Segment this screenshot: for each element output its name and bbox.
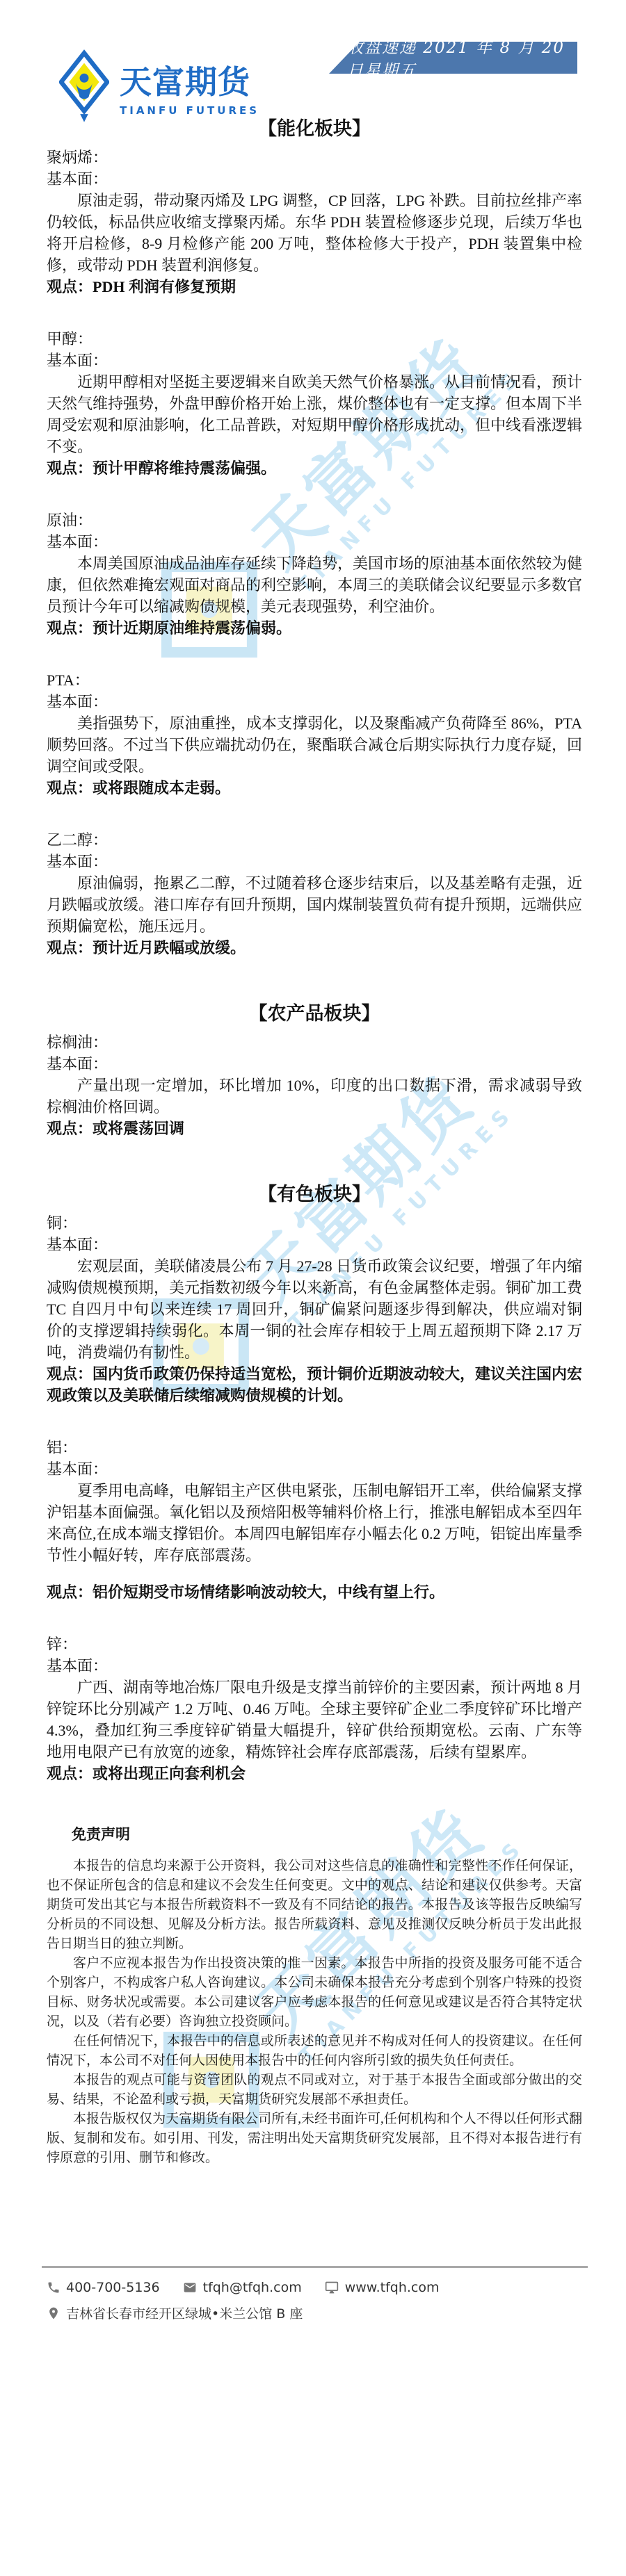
commodity-block-copper: 铜： 基本面： 宏观层面，美联储凌晨公布 7 月 27-28 日货币政策会议纪要… [47,1212,582,1406]
view-text: 观点：铝价短期受市场情绪影响波动较大，中线有望上行。 [47,1581,582,1603]
fundamentals-label: 基本面： [47,1234,582,1255]
disclaimer-paragraph: 本报告的信息均来源于公开资料，我公司对这些信息的准确性和完整性不作任何保证，也不… [47,1857,582,1954]
fundamentals-text: 本周美国原油成品油库存延续下降趋势，美国市场的原油基本面依然较为健康，但依然难掩… [47,553,582,617]
disclaimer-paragraph: 在任何情况下，本报告中的信息或所表述的意见并不构成对任何人的投资建议。在任何情况… [47,2032,582,2071]
monitor-icon [324,2281,339,2294]
footer-address: 吉林省长春市经开区绿城•米兰公馆 B 座 [47,2304,303,2322]
disclaimer-paragraph: 客户不应视本报告为作出投资决策的惟一因素。本报告中所指的投资及服务可能不适合个别… [47,1954,582,2032]
envelope-icon [182,2281,198,2294]
phone-icon [47,2281,61,2294]
logo-diamond-icon [59,47,109,135]
fundamentals-text: 近期甲醇相对坚挺主要逻辑来自欧美天然气价格暴涨。从目前情况看，预计天然气维持强势… [47,371,582,457]
commodity-block-crude-oil: 原油： 基本面： 本周美国原油成品油库存延续下降趋势，美国市场的原油基本面依然较… [47,510,582,639]
fundamentals-text: 原油走弱，带动聚丙烯及 LPG 调整，CP 回落，LPG 补跌。目前拉丝排产率仍… [47,190,582,276]
logo-en-text: TIANFU FUTURES [120,104,259,117]
report-page: 天富期货 TIANFU FUTURES 天富期货 TIANFU FUTURES … [0,0,626,2576]
commodity-block-pta: PTA： 基本面： 美指强势下，原油重挫，成本支撑弱化，以及聚酯减产负荷降至 8… [47,669,582,799]
view-text: 观点：PDH 利润有修复预期 [47,276,582,297]
footer-website-text: www.tfqh.com [345,2280,440,2295]
disclaimer-paragraph: 本报告版权仅为天富期货有限公司所有,未经书面许可,任何机构和个人不得以任何形式翻… [47,2110,582,2168]
footer-phone: 400-700-5136 [47,2280,160,2295]
fundamentals-text: 广西、湖南等地冶炼厂限电升级是支撑当前锌价的主要因素，预计两地 8 月锌锭环比分… [47,1677,582,1763]
commodity-block-polypropylene: 聚炳烯： 基本面： 原油走弱，带动聚丙烯及 LPG 调整，CP 回落，LPG 补… [47,147,582,297]
fundamentals-label: 基本面： [47,1655,582,1677]
disclaimer-paragraph: 本报告的观点可能与资管团队的观点不同或对立，对于基于本报告全面或部分做出的交易、… [47,2071,582,2110]
commodity-name: 原油： [47,510,582,531]
commodity-block-aluminum: 铝： 基本面： 夏季用电高峰，电解铝主产区供电紧张，压制电解铝开工率，供给偏紧支… [47,1437,582,1603]
commodity-name: 铝： [47,1437,582,1458]
fundamentals-label: 基本面： [47,350,582,371]
fundamentals-text: 夏季用电高峰，电解铝主产区供电紧张，压制电解铝开工率，供给偏紧支撑沪铝基本面偏强… [47,1480,582,1566]
commodity-name: 锌： [47,1633,582,1655]
view-text: 观点：预计近月跌幅或放缓。 [47,937,582,959]
view-text: 观点：预计甲醇将维持震荡偏强。 [47,457,582,479]
view-text: 观点：或将跟随成本走弱。 [47,777,582,799]
fundamentals-text: 美指强势下，原油重挫，成本支撑弱化，以及聚酯减产负荷降至 86%，PTA 顺势回… [47,712,582,777]
fundamentals-label: 基本面： [47,1053,582,1075]
footer-contact: 400-700-5136 tfqh@tfqh.com www.tfqh.com … [47,2280,456,2331]
view-text: 观点：或将震荡回调 [47,1118,582,1139]
date-banner: 收盘速递 2021 年 8 月 20 日星期五 [329,42,577,74]
view-text: 观点：国内货币政策仍保持适当宽松，预计铜价近期波动较大，建议关注国内宏观政策以及… [47,1363,582,1406]
report-body: 【能化板块】 聚炳烯： 基本面： 原油走弱，带动聚丙烯及 LPG 调整，CP 回… [0,0,626,2168]
fundamentals-label: 基本面： [47,1458,582,1480]
footer-address-text: 吉林省长春市经开区绿城•米兰公馆 B 座 [66,2304,303,2322]
footer-email-text: tfqh@tfqh.com [203,2280,302,2295]
fundamentals-label: 基本面： [47,851,582,872]
location-pin-icon [47,2306,61,2321]
footer-email: tfqh@tfqh.com [182,2280,302,2295]
logo-cn-text: 天富期货 [120,65,259,99]
fundamentals-label: 基本面： [47,691,582,712]
fundamentals-text: 原油偏弱，拖累乙二醇，不过随着移仓逐步结束后，以及基差略有走强，近月跌幅或放缓。… [47,872,582,937]
view-text: 观点：预计近期原油维持震荡偏弱。 [47,617,582,639]
commodity-name: 棕榈油： [47,1032,582,1053]
footer-contact-row: 400-700-5136 tfqh@tfqh.com www.tfqh.com [47,2280,456,2295]
commodity-name: 甲醇： [47,328,582,350]
commodity-block-methanol: 甲醇： 基本面： 近期甲醇相对坚挺主要逻辑来自欧美天然气价格暴涨。从目前情况看，… [47,328,582,479]
section-title-agricultural: 【农产品板块】 [47,1003,582,1025]
commodity-name: 聚炳烯： [47,147,582,168]
footer-address-row: 吉林省长春市经开区绿城•米兰公馆 B 座 [47,2304,456,2322]
commodity-block-ethylene-glycol: 乙二醇： 基本面： 原油偏弱，拖累乙二醇，不过随着移仓逐步结束后，以及基差略有走… [47,829,582,959]
commodity-name: 乙二醇： [47,829,582,851]
fundamentals-label: 基本面： [47,168,582,190]
fundamentals-text: 宏观层面，美联储凌晨公布 7 月 27-28 日货币政策会议纪要，增强了年内缩减… [47,1255,582,1363]
view-text: 观点：或将出现正向套利机会 [47,1763,582,1784]
commodity-name: PTA： [47,669,582,691]
fundamentals-text: 产量出现一定增加，环比增加 10%，印度的出口数据下滑，需求减弱导致棕榈油价格回… [47,1075,582,1118]
commodity-block-palm-oil: 棕榈油： 基本面： 产量出现一定增加，环比增加 10%，印度的出口数据下滑，需求… [47,1032,582,1139]
commodity-block-zinc: 锌： 基本面： 广西、湖南等地冶炼厂限电升级是支撑当前锌价的主要因素，预计两地 … [47,1633,582,1784]
section-title-nonferrous: 【有色板块】 [47,1184,582,1205]
footer-divider [42,2266,588,2268]
footer-phone-text: 400-700-5136 [66,2280,160,2295]
fundamentals-label: 基本面： [47,531,582,553]
disclaimer-title: 免责声明 [72,1823,582,1844]
company-logo: 天富期货 TIANFU FUTURES [59,47,259,135]
commodity-name: 铜： [47,1212,582,1234]
footer-website: www.tfqh.com [324,2280,440,2295]
